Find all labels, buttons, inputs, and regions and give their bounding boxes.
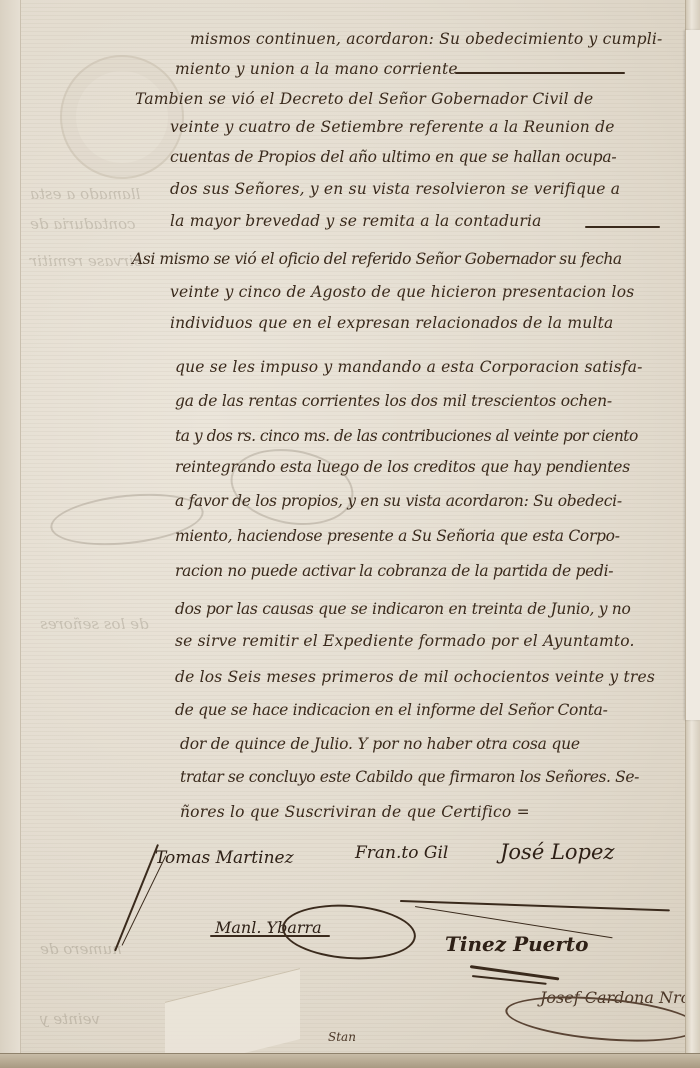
line-filler-dash bbox=[455, 72, 625, 74]
text-line: reintegrando esta luego de los creditos … bbox=[175, 458, 630, 476]
text-line: Asi mismo se vió el oficio del referido … bbox=[132, 250, 622, 268]
text-line: ñores lo que Suscriviran de que Certific… bbox=[180, 803, 530, 821]
text-line: miento, haciendose presente a Su Señoria… bbox=[175, 527, 620, 545]
text-line: dor de quince de Julio. Y por no haber o… bbox=[180, 735, 580, 753]
text-line: cuentas de Propios del año ultimo en que… bbox=[170, 148, 616, 166]
text-line: de que se hace indicacion en el informe … bbox=[175, 701, 608, 719]
text-line: veinte y cuatro de Setiembre referente a… bbox=[170, 118, 615, 136]
text-line: tratar se concluyo este Cabildo que firm… bbox=[180, 768, 639, 786]
signature-tinez-puerto: Tinez Puerto bbox=[445, 932, 589, 956]
text-line: ga de las rentas corrientes los dos mil … bbox=[175, 392, 612, 410]
text-line: miento y union a la mano corriente bbox=[175, 60, 458, 78]
bottom-page-edge bbox=[0, 1053, 700, 1068]
manuscript-page: llamado a esta contaduria de sirvase rem… bbox=[0, 0, 700, 1068]
text-line: Tambien se vió el Decreto del Señor Gobe… bbox=[135, 90, 593, 108]
text-line: ta y dos rs. cinco ms. de las contribuci… bbox=[175, 427, 638, 445]
text-line: se sirve remitir el Expediente formado p… bbox=[175, 632, 635, 650]
signature-jose-lopez: José Lopez bbox=[500, 840, 614, 864]
line-filler-dash bbox=[585, 226, 660, 228]
margin-mark: Stan bbox=[328, 1030, 356, 1044]
text-line: racion no puede activar la cobranza de l… bbox=[175, 562, 613, 580]
text-line: veinte y cinco de Agosto de que hicieron… bbox=[170, 283, 634, 301]
signature-tomas-martinez: Tomas Martinez bbox=[155, 848, 294, 868]
folded-page-flap bbox=[685, 30, 700, 720]
text-line: a favor de los propios, y en su vista ac… bbox=[175, 492, 622, 510]
text-line: mismos continuen, acordaron: Su obedecim… bbox=[190, 30, 662, 48]
text-line: individuos que en el expresan relacionad… bbox=[170, 314, 613, 332]
text-line: que se les impuso y mandando a esta Corp… bbox=[175, 358, 643, 376]
text-line: la mayor brevedad y se remita a la conta… bbox=[170, 212, 542, 230]
text-line: dos sus Señores, y en su vista resolvier… bbox=[170, 180, 620, 198]
text-line: de los Seis meses primeros de mil ochoci… bbox=[175, 668, 655, 686]
signature-francisco-gil: Fran.to Gil bbox=[355, 843, 448, 863]
text-line: dos por las causas que se indicaron en t… bbox=[175, 600, 631, 618]
